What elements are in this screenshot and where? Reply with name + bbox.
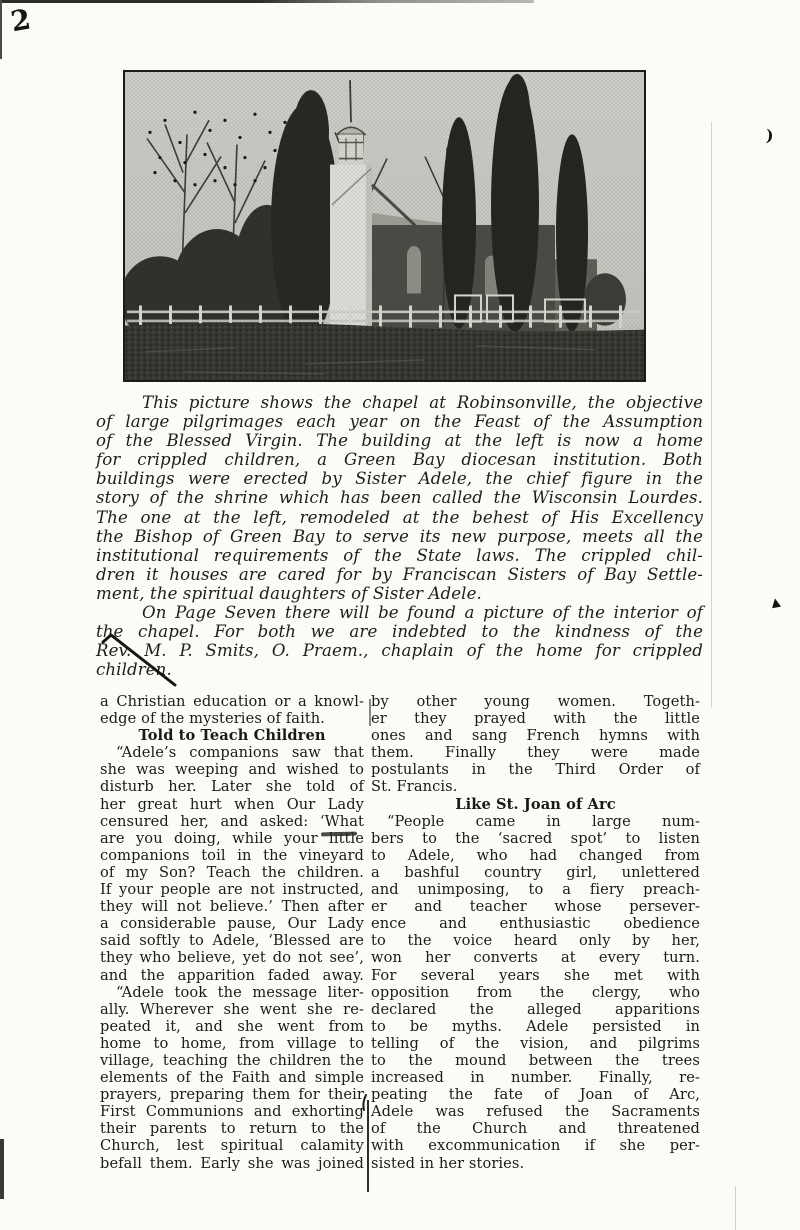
text-line: ally. Wherever she went she re- — [100, 1001, 364, 1018]
text-line: This picture shows the chapel at Robinso… — [96, 393, 703, 412]
text-line: and the apparition faded away. — [100, 967, 364, 984]
text-line: The one at the left, remodeled at the be… — [96, 508, 703, 527]
text-line: won her converts at every turn. — [371, 949, 700, 966]
scan-fold-line-bottom — [735, 1186, 736, 1230]
text-line: “Adele took the message liter- — [100, 984, 364, 1001]
photo-caption: This picture shows the chapel at Robinso… — [96, 393, 703, 679]
text-line: St. Francis. — [371, 778, 700, 795]
text-line: companions toil in the vineyard — [100, 847, 364, 864]
article-column-right: by other young women. Togeth-er they pra… — [371, 693, 700, 1172]
text-line: of my Son? Teach the children. — [100, 864, 364, 881]
scan-edge-left-bottom — [0, 1139, 4, 1199]
text-line: bers to the ‘sacred spot’ to listen — [371, 830, 700, 847]
text-line: befall them. Early she was joined — [100, 1155, 364, 1172]
scan-fold-line — [711, 122, 712, 708]
text-line: elements of the Faith and simple — [100, 1069, 364, 1086]
scan-edge-top — [0, 0, 534, 3]
text-line: telling of the vision, and pilgrims — [371, 1035, 700, 1052]
text-line: of the Church and threatened — [371, 1120, 700, 1137]
text-line: ment, the spiritual daughters of Sister … — [96, 584, 703, 603]
text-line: she was weeping and wished to — [100, 761, 364, 778]
text-line: by other young women. Togeth- — [371, 693, 700, 710]
text-line: of large pilgrimages each year on the Fe… — [96, 412, 703, 431]
text-line: postulants in the Third Order of — [371, 761, 700, 778]
section-heading: Told to Teach Children — [100, 727, 364, 744]
text-line: home to home, from village to — [100, 1035, 364, 1052]
text-line: they will not believe.’ Then after — [100, 898, 364, 915]
text-line: Church, lest spiritual calamity — [100, 1137, 364, 1154]
text-line: opposition from the clergy, who — [371, 984, 700, 1001]
text-line: with excommunication if she per- — [371, 1137, 700, 1154]
text-line: peated it, and she went from — [100, 1018, 364, 1035]
text-line: institutional requirements of the State … — [96, 546, 703, 565]
text-line: a bashful country girl, unlettered — [371, 864, 700, 881]
text-line: ones and sang French hymns with — [371, 727, 700, 744]
text-line: and unimposing, to a fiery preach- — [371, 881, 700, 898]
text-line: disturb her. Later she told of — [100, 778, 364, 795]
text-line: er and teacher whose persever- — [371, 898, 700, 915]
text-line: If your people are not instructed, — [100, 881, 364, 898]
text-line: First Communions and exhorting — [100, 1103, 364, 1120]
newspaper-clipping-page: 2 — [0, 0, 800, 1230]
right-margin-paren-mark: ) — [765, 126, 774, 145]
halftone-overlay — [125, 72, 644, 380]
text-line: prayers, preparing them for their — [100, 1086, 364, 1103]
text-line: the Bishop of Green Bay to serve its new… — [96, 527, 703, 546]
text-line: to Adele, who had changed from — [371, 847, 700, 864]
text-line: their parents to return to the — [100, 1120, 364, 1137]
text-line: er they prayed with the little — [371, 710, 700, 727]
chapel-photo-illustration — [125, 72, 644, 380]
text-line: ence and enthusiastic obedience — [371, 915, 700, 932]
text-line: On Page Seven there will be found a pict… — [96, 603, 703, 622]
text-line: of the Blessed Virgin. The building at t… — [96, 431, 703, 450]
text-line: they who believe, yet do not see’, — [100, 949, 364, 966]
text-line: “Adele’s companions saw that — [100, 744, 364, 761]
text-line: a Christian education or a knowl- — [100, 693, 364, 710]
text-line: for crippled children, a Green Bay dioce… — [96, 450, 703, 469]
text-line: her great hurt when Our Lady — [100, 796, 364, 813]
text-line: the chapel. For both we are indebted to … — [96, 622, 703, 641]
text-line: to be myths. Adele persisted in — [371, 1018, 700, 1035]
text-line: censured her, and asked: ‘What — [100, 813, 364, 830]
text-line: to the voice heard only by her, — [371, 932, 700, 949]
text-line: edge of the mysteries of faith. — [100, 710, 364, 727]
text-line: For several years she met with — [371, 967, 700, 984]
text-line: them. Finally they were made — [371, 744, 700, 761]
text-line: to the mound between the trees — [371, 1052, 700, 1069]
column-rule-top — [369, 699, 371, 726]
text-line: buildings were erected by Sister Adele, … — [96, 469, 703, 488]
text-line: a considerable pause, Our Lady — [100, 915, 364, 932]
scan-edge-left — [0, 0, 2, 59]
text-line: increased in number. Finally, re- — [371, 1069, 700, 1086]
text-line: declared the alleged apparitions — [371, 1001, 700, 1018]
text-line: Adele was refused the Sacraments — [371, 1103, 700, 1120]
text-line: “People came in large num- — [371, 813, 700, 830]
text-line: children. — [96, 660, 703, 679]
section-heading: Like St. Joan of Arc — [371, 796, 700, 813]
column-rule-bottom — [367, 1100, 369, 1192]
text-line: dren it houses are cared for by Francisc… — [96, 565, 703, 584]
text-line: story of the shrine which has been calle… — [96, 488, 703, 507]
text-line: sisted in her stories. — [371, 1155, 700, 1172]
text-line: peating the fate of Joan of Arc, — [371, 1086, 700, 1103]
text-line: Rev. M. P. Smits, O. Praem., chaplain of… — [96, 641, 703, 660]
text-line: said softly to Adele, ‘Blessed are — [100, 932, 364, 949]
chapel-photograph — [123, 70, 646, 382]
right-margin-wedge-mark: ▲ — [770, 594, 782, 609]
handwritten-page-number: 2 — [8, 3, 33, 39]
article-column-left: a Christian education or a knowl-edge of… — [100, 693, 364, 1172]
text-line: village, teaching the children the — [100, 1052, 364, 1069]
